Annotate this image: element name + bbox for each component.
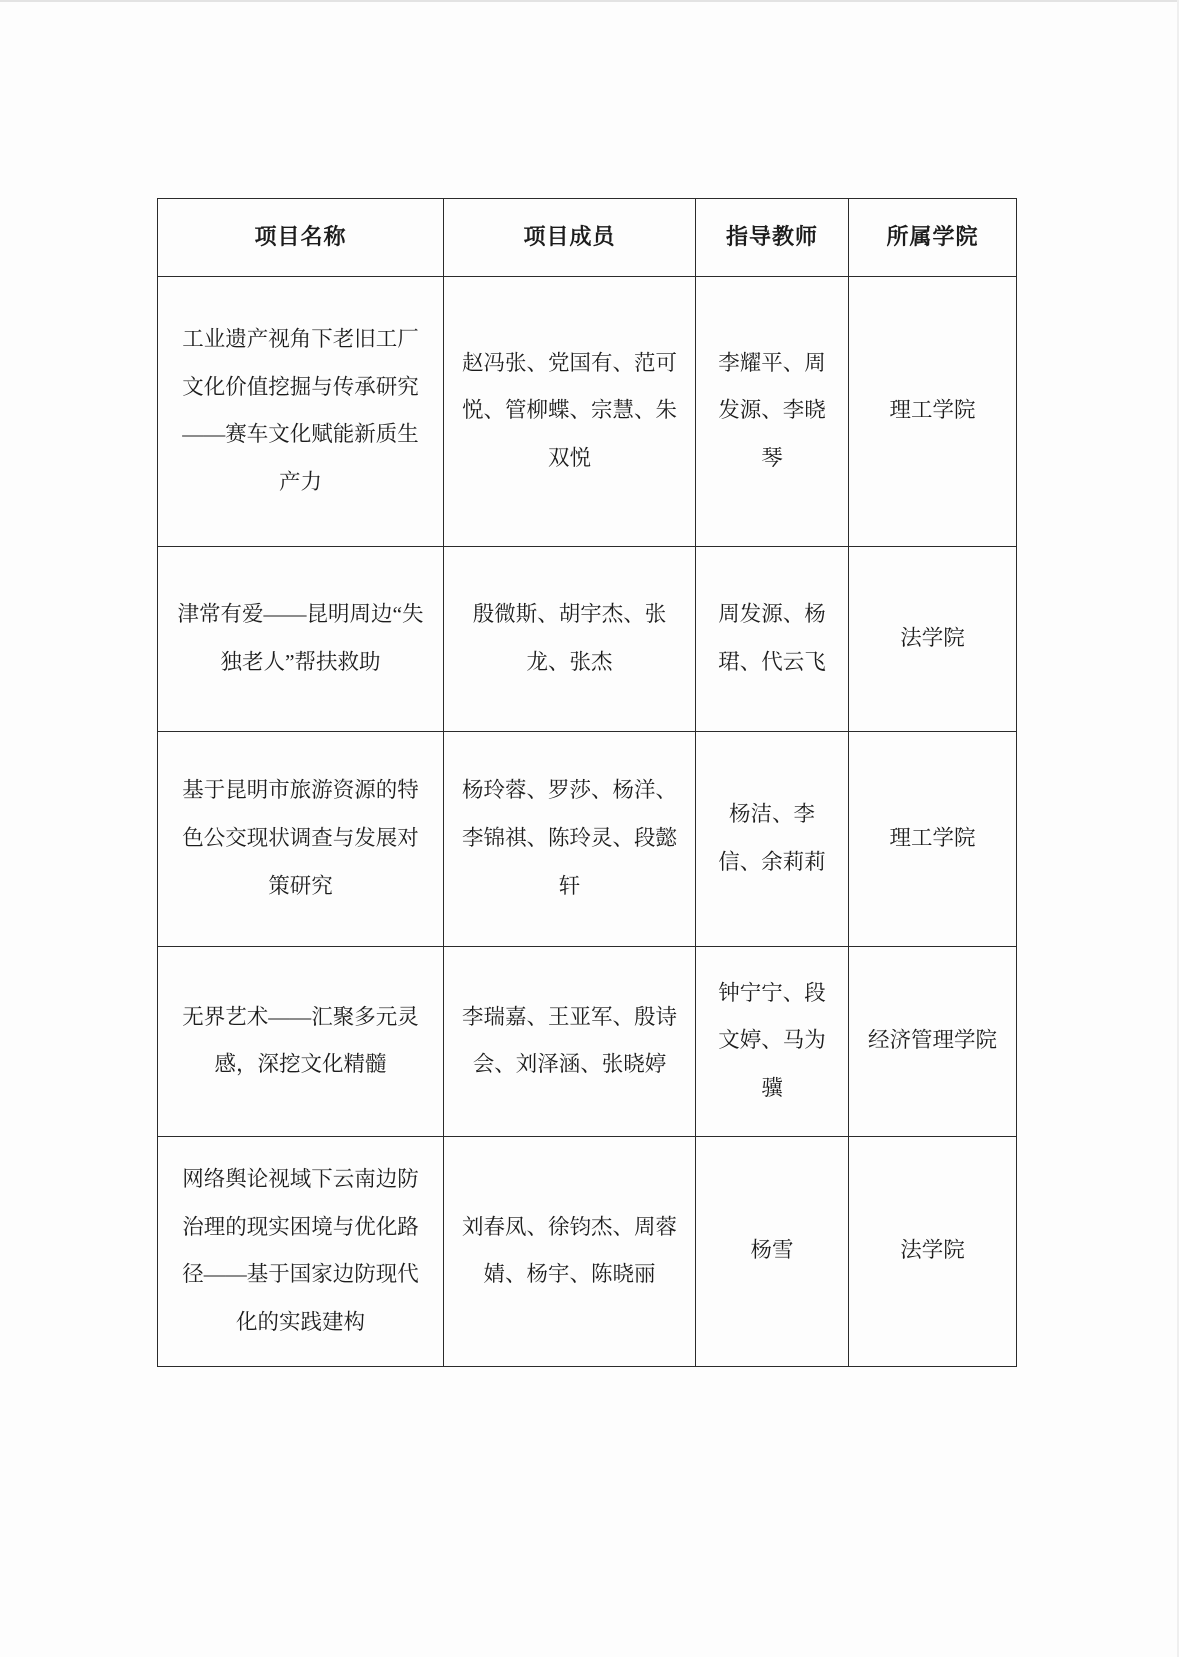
table-row: 津常有爱——昆明周边“失独老人”帮扶救助 殷微斯、胡宇杰、张龙、张杰 周发源、杨… — [158, 546, 1017, 731]
cell-college: 经济管理学院 — [849, 946, 1017, 1136]
table-row: 无界艺术——汇聚多元灵感，深挖文化精髓 李瑞嘉、王亚军、殷诗会、刘泽涵、张晓婷 … — [158, 946, 1017, 1136]
cell-project-name: 网络舆论视域下云南边防治理的现实困境与优化路径——基于国家边防现代化的实践建构 — [158, 1136, 444, 1366]
header-project-name: 项目名称 — [158, 199, 444, 277]
cell-advisors: 李耀平、周发源、李晓琴 — [696, 276, 849, 546]
table-header-row: 项目名称 项目成员 指导教师 所属学院 — [158, 199, 1017, 277]
header-college: 所属学院 — [849, 199, 1017, 277]
cell-project-name: 基于昆明市旅游资源的特色公交现状调查与发展对策研究 — [158, 731, 444, 946]
cell-project-members: 刘春凤、徐钧杰、周蓉婧、杨宇、陈晓丽 — [444, 1136, 696, 1366]
cell-college: 法学院 — [849, 1136, 1017, 1366]
cell-project-name: 无界艺术——汇聚多元灵感，深挖文化精髓 — [158, 946, 444, 1136]
cell-project-name: 工业遗产视角下老旧工厂文化价值挖掘与传承研究——赛车文化赋能新质生产力 — [158, 276, 444, 546]
table-row: 网络舆论视域下云南边防治理的现实困境与优化路径——基于国家边防现代化的实践建构 … — [158, 1136, 1017, 1366]
table-row: 工业遗产视角下老旧工厂文化价值挖掘与传承研究——赛车文化赋能新质生产力 赵冯张、… — [158, 276, 1017, 546]
cell-project-members: 杨玲蓉、罗莎、杨洋、李锦祺、陈玲灵、段懿轩 — [444, 731, 696, 946]
projects-table: 项目名称 项目成员 指导教师 所属学院 工业遗产视角下老旧工厂文化价值挖掘与传承… — [157, 198, 1017, 1367]
cell-advisors: 钟宁宁、段文婷、马为骥 — [696, 946, 849, 1136]
cell-project-members: 李瑞嘉、王亚军、殷诗会、刘泽涵、张晓婷 — [444, 946, 696, 1136]
header-advisors: 指导教师 — [696, 199, 849, 277]
cell-project-members: 赵冯张、党国有、范可悦、管柳蝶、宗慧、朱双悦 — [444, 276, 696, 546]
cell-college: 法学院 — [849, 546, 1017, 731]
cell-project-members: 殷微斯、胡宇杰、张龙、张杰 — [444, 546, 696, 731]
cell-advisors: 周发源、杨珺、代云飞 — [696, 546, 849, 731]
cell-project-name: 津常有爱——昆明周边“失独老人”帮扶救助 — [158, 546, 444, 731]
cell-college: 理工学院 — [849, 276, 1017, 546]
header-project-members: 项目成员 — [444, 199, 696, 277]
cell-advisors: 杨洁、李信、余莉莉 — [696, 731, 849, 946]
table-row: 基于昆明市旅游资源的特色公交现状调查与发展对策研究 杨玲蓉、罗莎、杨洋、李锦祺、… — [158, 731, 1017, 946]
page-top-edge — [0, 0, 1179, 2]
cell-college: 理工学院 — [849, 731, 1017, 946]
cell-advisors: 杨雪 — [696, 1136, 849, 1366]
